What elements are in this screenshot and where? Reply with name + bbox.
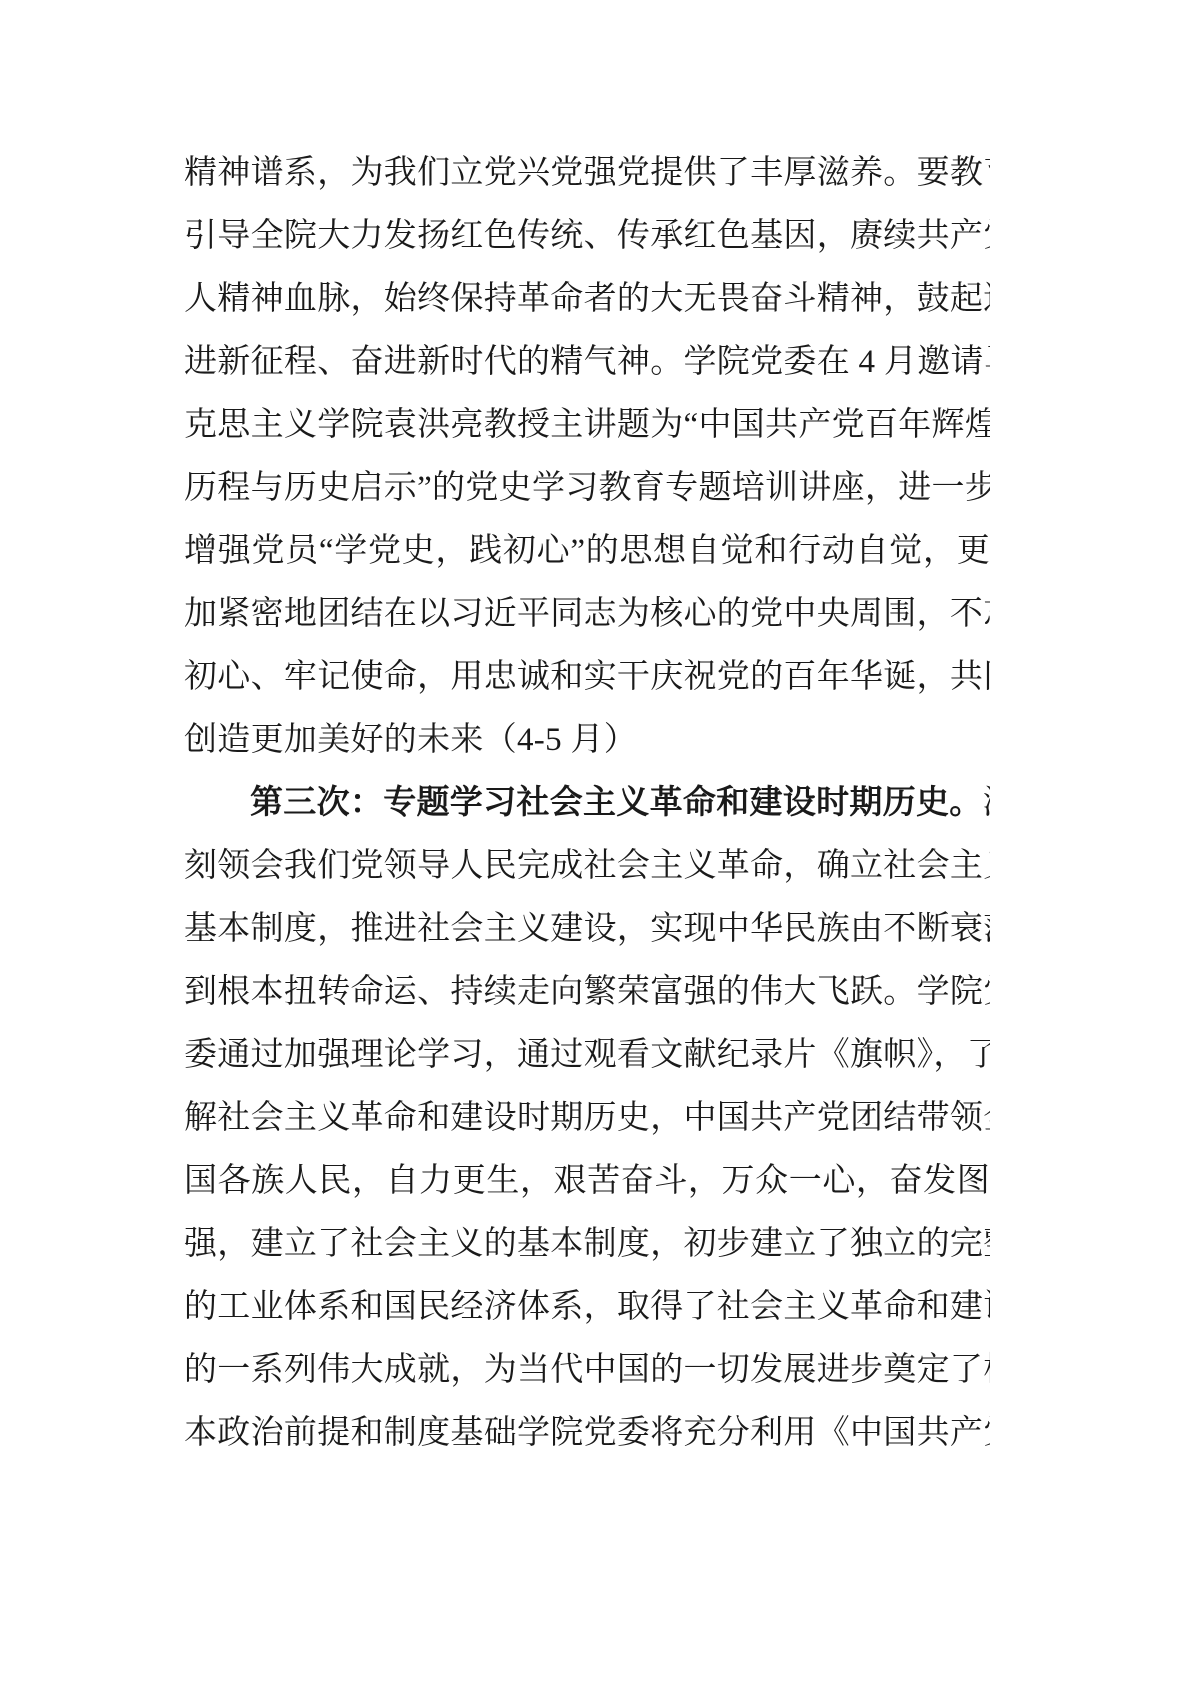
body-text-run: 深 [983, 785, 990, 821]
body-text-run: 历程与历史启示”的党史学习教育专题培训讲座，进一步 [184, 470, 990, 506]
body-text-run: 解社会主义革命和建设时期历史，中国共产党团结带领全 [184, 1100, 990, 1136]
body-text-run: 引导全院大力发扬红色传统、传承红色基因，赓续共产党 [184, 218, 990, 254]
text-line: 的工业体系和国民经济体系，取得了社会主义革命和建设 [184, 1276, 990, 1339]
body-text-run: 强，建立了社会主义的基本制度，初步建立了独立的完整 [184, 1226, 990, 1262]
body-text-run: 人精神血脉，始终保持革命者的大无畏奋斗精神，鼓起迈 [184, 281, 990, 317]
text-line: 本政治前提和制度基础学院党委将充分利用《中国共产党 [184, 1402, 990, 1465]
text-line: 增强党员“学党史，践初心”的思想自觉和行动自觉，更 [184, 520, 990, 583]
text-line: 创造更加美好的未来（4-5 月） [184, 709, 990, 772]
text-line: 进新征程、奋进新时代的精气神。学院党委在 4 月邀请马 [184, 331, 990, 394]
text-line: 的一系列伟大成就，为当代中国的一切发展进步奠定了根 [184, 1339, 990, 1402]
document-body: 精神谱系，为我们立党兴党强党提供了丰厚滋养。要教育引导全院大力发扬红色传统、传承… [184, 142, 990, 1465]
text-line: 克思主义学院袁洪亮教授主讲题为“中国共产党百年辉煌 [184, 394, 990, 457]
body-text-run: 本政治前提和制度基础学院党委将充分利用《中国共产党 [184, 1415, 990, 1451]
text-line: 第三次：专题学习社会主义革命和建设时期历史。深 [184, 772, 990, 835]
body-text-run: 委通过加强理论学习，通过观看文献纪录片《旗帜》，了 [184, 1037, 990, 1073]
text-line: 解社会主义革命和建设时期历史，中国共产党团结带领全 [184, 1087, 990, 1150]
body-text-run: 创造更加美好的未来（4-5 月） [184, 722, 637, 758]
text-line: 加紧密地团结在以习近平同志为核心的党中央周围，不忘 [184, 583, 990, 646]
body-text-run: 精神谱系，为我们立党兴党强党提供了丰厚滋养。要教育 [184, 155, 990, 191]
body-text-run: 到根本扭转命运、持续走向繁荣富强的伟大飞跃。学院党 [184, 974, 990, 1010]
text-line: 强，建立了社会主义的基本制度，初步建立了独立的完整 [184, 1213, 990, 1276]
text-line: 国各族人民，自力更生，艰苦奋斗，万众一心，奋发图 [184, 1150, 990, 1213]
body-text-run: 基本制度，推进社会主义建设，实现中华民族由不断衰落 [184, 911, 990, 947]
body-text-run: 进新征程、奋进新时代的精气神。学院党委在 4 月邀请马 [184, 344, 990, 380]
body-text-run: 增强党员“学党史，践初心”的思想自觉和行动自觉，更 [184, 533, 990, 569]
text-line: 到根本扭转命运、持续走向繁荣富强的伟大飞跃。学院党 [184, 961, 990, 1024]
body-text-run: 初心、牢记使命，用忠诚和实干庆祝党的百年华诞，共同 [184, 659, 990, 695]
body-text-run: 刻领会我们党领导人民完成社会主义革命，确立社会主义 [184, 848, 990, 884]
text-line: 初心、牢记使命，用忠诚和实干庆祝党的百年华诞，共同 [184, 646, 990, 709]
heading-run: 第三次：专题学习社会主义革命和建设时期历史。 [250, 785, 983, 821]
text-line: 委通过加强理论学习，通过观看文献纪录片《旗帜》，了 [184, 1024, 990, 1087]
text-line: 人精神血脉，始终保持革命者的大无畏奋斗精神，鼓起迈 [184, 268, 990, 331]
body-text-run: 的一系列伟大成就，为当代中国的一切发展进步奠定了根 [184, 1352, 990, 1388]
text-line: 刻领会我们党领导人民完成社会主义革命，确立社会主义 [184, 835, 990, 898]
text-line: 引导全院大力发扬红色传统、传承红色基因，赓续共产党 [184, 205, 990, 268]
body-text-run: 加紧密地团结在以习近平同志为核心的党中央周围，不忘 [184, 596, 990, 632]
text-line: 历程与历史启示”的党史学习教育专题培训讲座，进一步 [184, 457, 990, 520]
text-line: 精神谱系，为我们立党兴党强党提供了丰厚滋养。要教育 [184, 142, 990, 205]
body-text-run: 的工业体系和国民经济体系，取得了社会主义革命和建设 [184, 1289, 990, 1325]
body-text-run: 国各族人民，自力更生，艰苦奋斗，万众一心，奋发图 [184, 1163, 990, 1199]
text-line: 基本制度，推进社会主义建设，实现中华民族由不断衰落 [184, 898, 990, 961]
document-page: 精神谱系，为我们立党兴党强党提供了丰厚滋养。要教育引导全院大力发扬红色传统、传承… [0, 0, 1200, 1697]
body-text-run: 克思主义学院袁洪亮教授主讲题为“中国共产党百年辉煌 [184, 407, 990, 443]
